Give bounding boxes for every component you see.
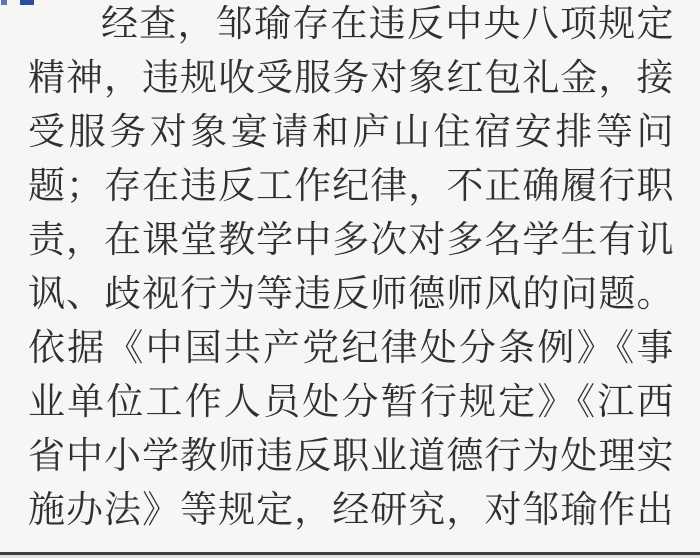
article-text: 经查，邹瑜存在违反中央八项规定 精神，违规收受服务对象红包礼金，接 受服务对象宴… (28, 0, 674, 537)
text-line: 受服务对象宴请和庐山住宿安排等问 (28, 105, 674, 159)
text-line: 省中小学教师违反职业道德行为处理实 (28, 429, 674, 483)
text-line: 题；存在违反工作纪律，不正确履行职 (28, 159, 674, 213)
text-line: 业单位工作人员处分暂行规定》《江西 (28, 375, 674, 429)
clipped-logo-fragment-icon (1, 0, 7, 5)
text-line: 责，在课堂教学中多次对多名学生有讥 (28, 213, 674, 267)
article-page: 经查，邹瑜存在违反中央八项规定 精神，违规收受服务对象红包礼金，接 受服务对象宴… (0, 0, 700, 558)
text-line: 依据《中国共产党纪律处分条例》《事 (28, 321, 674, 375)
text-line: 施办法》等规定，经研究，对邹瑜作出 (28, 483, 674, 537)
text-line: 精神，违规收受服务对象红包礼金，接 (28, 51, 674, 105)
text-line: 讽、歧视行为等违反师德师风的问题。 (28, 267, 674, 321)
text-line: 经查，邹瑜存在违反中央八项规定 (28, 0, 674, 51)
